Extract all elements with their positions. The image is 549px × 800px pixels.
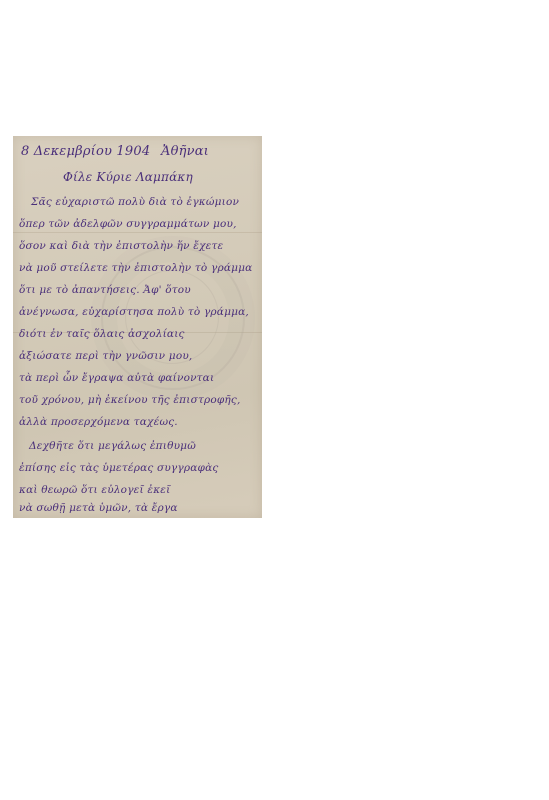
letter-page: 8 Δεκεμβρίου 1904 Ἀθῆναι Φίλε Κύριε Λαμπ… [13,136,262,518]
letter-place: Ἀθῆναι [161,144,209,159]
letter-date: 8 Δεκεμβρίου 1904 [21,144,150,159]
body-line: νὰ σωθῇ μετὰ ὑμῶν, τὰ ἔργα [19,502,178,514]
paper-crease [13,232,262,233]
body-line: ὅσον καὶ διὰ τὴν ἐπιστολὴν ἥν ἔχετε [19,240,223,252]
body-line: τοῦ χρόνου, μὴ ἐκείνου τῆς ἐπιστροφῆς, [19,394,241,406]
body-line: ἀνέγνωσα, εὐχαρίστησα πολὺ τὸ γράμμα, [19,306,249,318]
body-line: ἐπίσης εἰς τὰς ὑμετέρας συγγραφὰς [19,462,218,474]
body-line: ὅτι με τὸ ἀπαντήσεις. Ἀφ' ὅτου [19,284,191,296]
body-line: διότι ἐν ταῖς ὅλαις ἀσχολίαις [19,328,185,340]
body-line: νὰ μοῦ στείλετε τὴν ἐπιστολὴν τὸ γράμμα [19,262,252,274]
body-line: ἀξιώσατε περὶ τὴν γνῶσιν μου, [19,350,192,362]
body-line: Δεχθῆτε ὅτι μεγάλως ἐπιθυμῶ [29,440,196,452]
body-line: ἀλλὰ προσερχόμενα ταχέως. [19,416,178,428]
body-line: ὅπερ τῶν ἀδελφῶν συγγραμμάτων μου, [19,218,237,230]
body-line: τὰ περὶ ὧν ἔγραψα αὐτὰ φαίνονται [19,372,214,384]
body-line: Σᾶς εὐχαριστῶ πολὺ διὰ τὸ ἐγκώμιον [31,196,239,208]
letter-salutation: Φίλε Κύριε Λαμπάκη [63,170,193,184]
body-line: καὶ θεωρῶ ὅτι εὐλογεῖ ἐκεῖ [19,484,170,496]
